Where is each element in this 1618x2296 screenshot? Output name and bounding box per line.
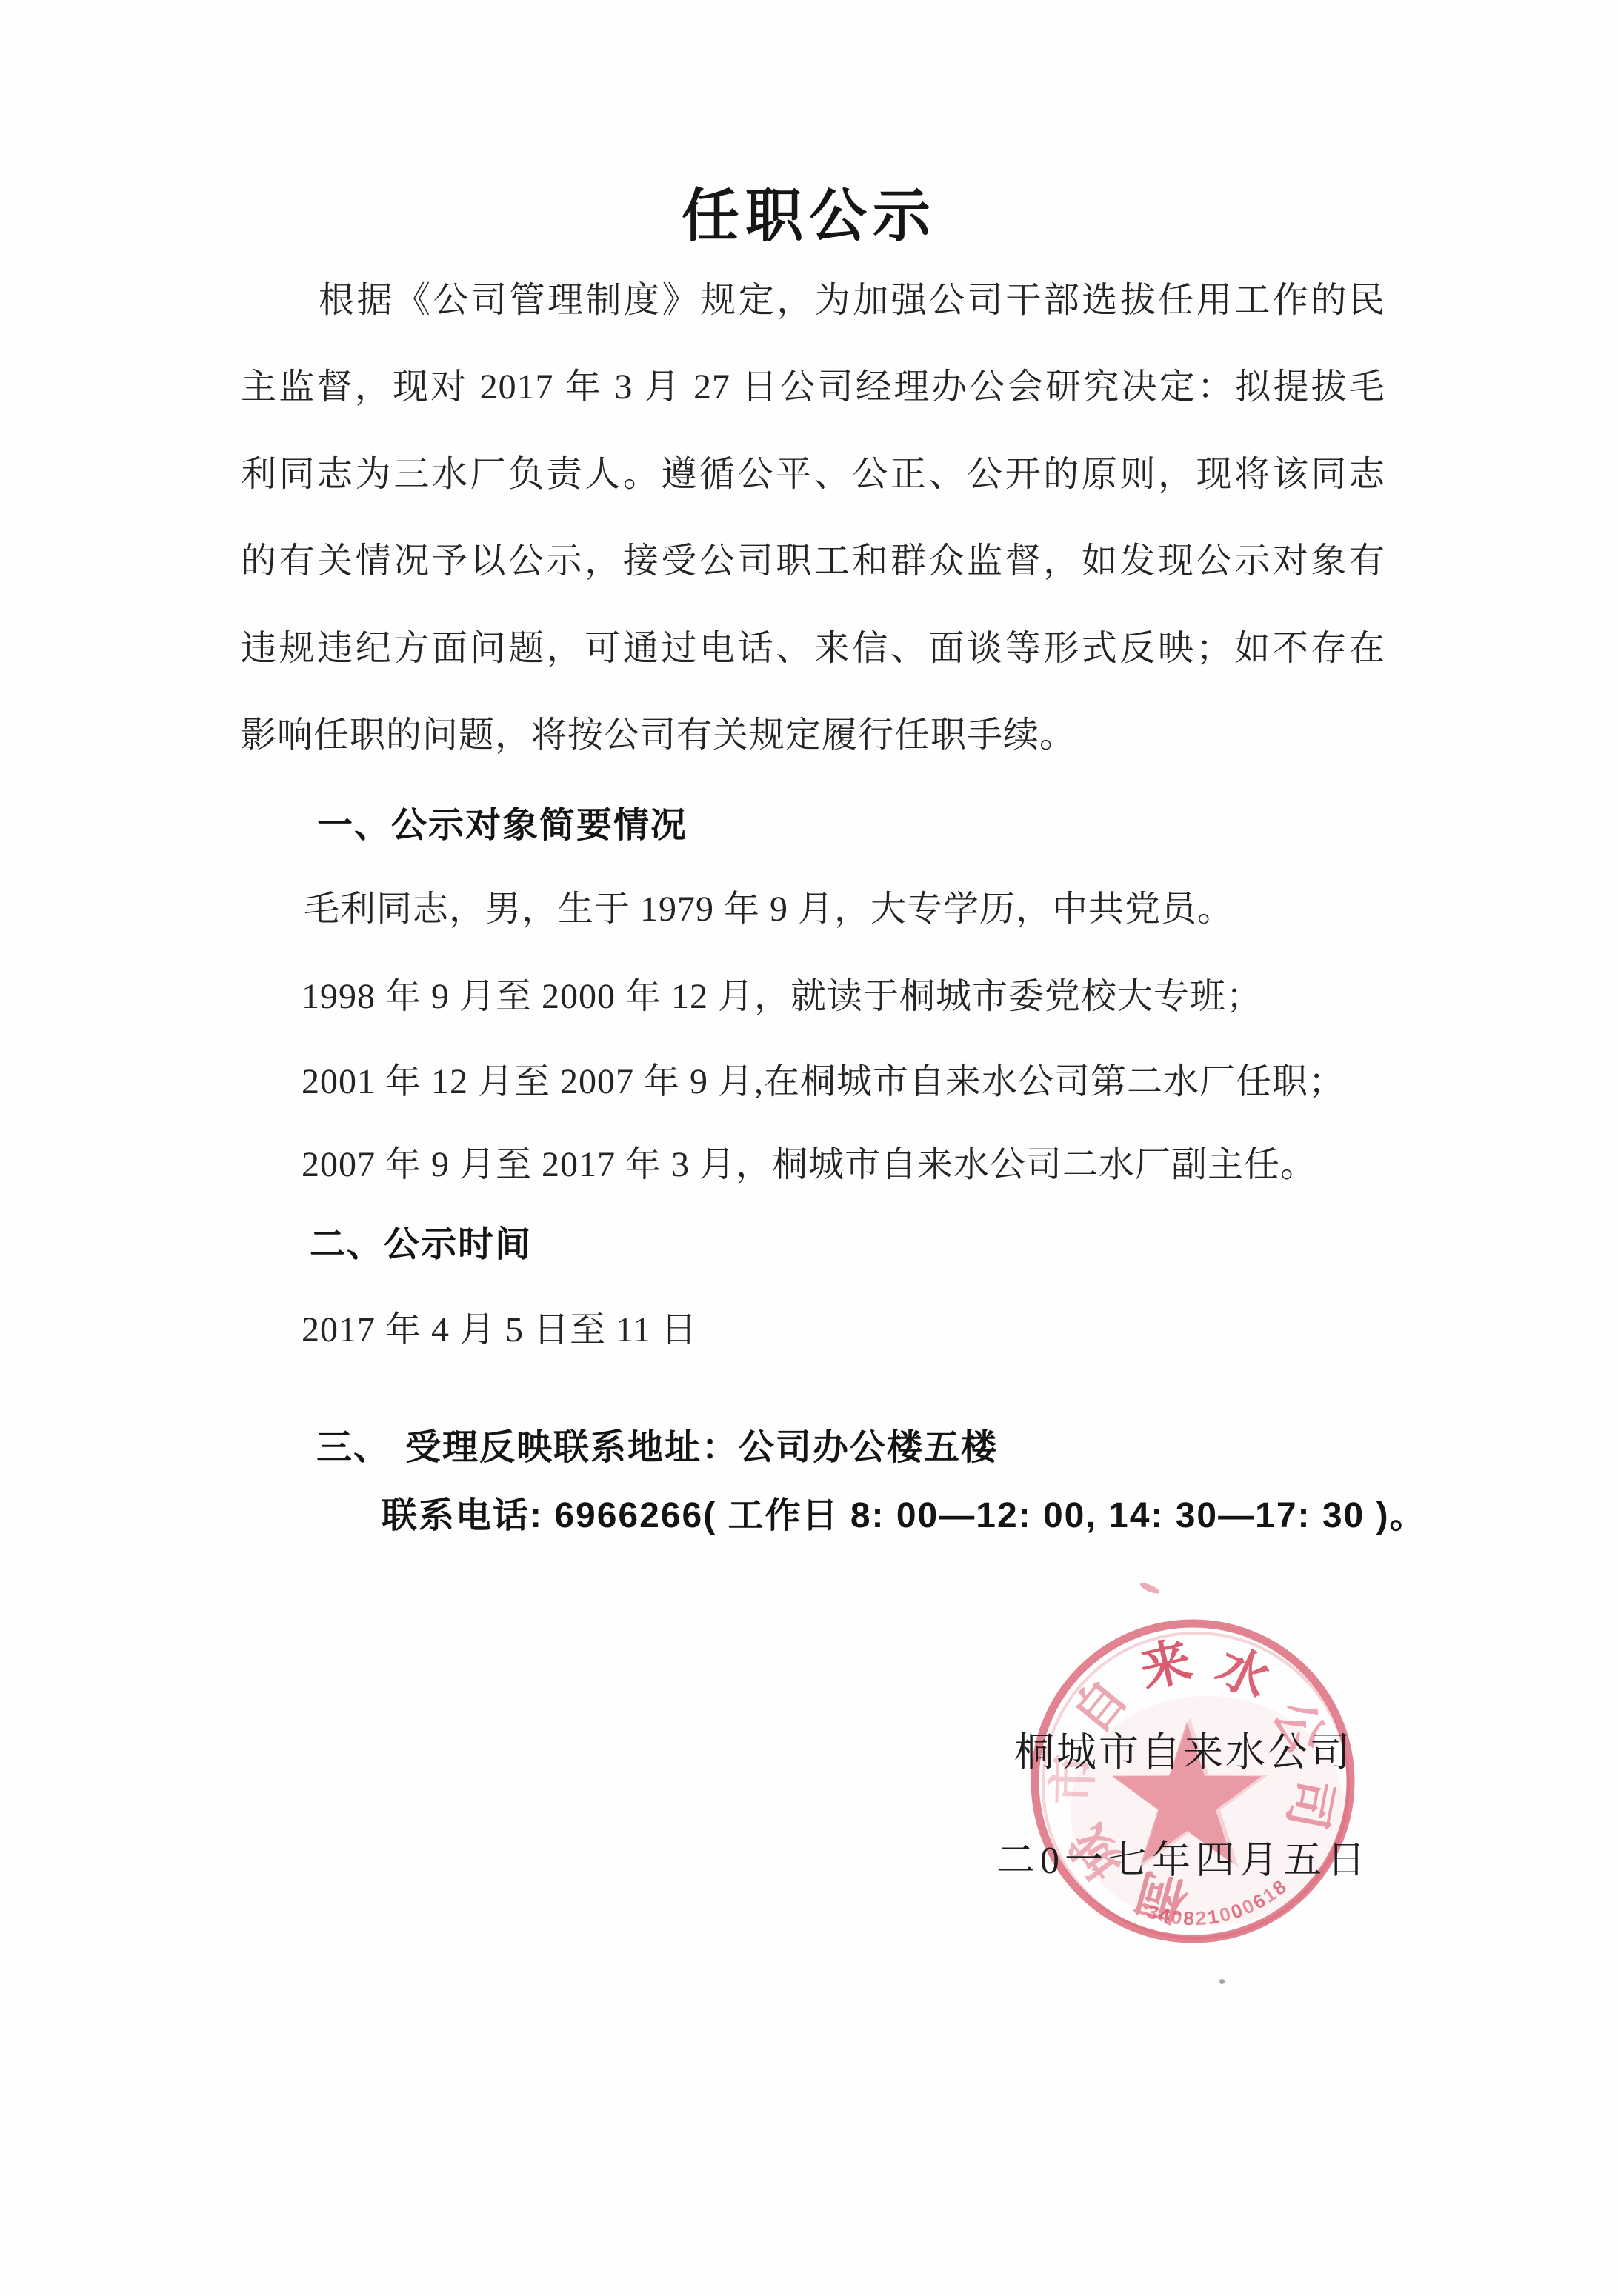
section1-item: 毛利同志，男，生于 1979 年 9 月，大专学历，中共党员。 — [304, 887, 1234, 932]
seal-code-digit: 8 — [1183, 1907, 1194, 1929]
page-title: 任职公示 — [0, 170, 1618, 253]
paragraph-line: 违规违纪方面问题，可通过电话、来信、面谈等形式反映；如不存在 — [241, 627, 1385, 671]
signature-company: 桐城市自来水公司 — [1006, 1729, 1360, 1776]
seal-ring-char: 司 — [1277, 1774, 1342, 1834]
seal-code-digit: 2 — [1195, 1906, 1207, 1929]
section1-item: 1998 年 9 月至 2000 年 12 月，就读于桐城市委党校大专班； — [302, 975, 1262, 1019]
paragraph-line: 的有关情况予以公示，接受公司职工和群众监督，如发现公示对象有 — [241, 539, 1385, 584]
seal-ring-char: 来 — [1135, 1632, 1196, 1698]
signature-date: 二0一七年四月五日 — [993, 1838, 1374, 1885]
section3-phone: 联系电话: 6966266( 工作日 8: 00—12: 00, 14: 30—… — [382, 1494, 1427, 1538]
section3-heading-text: 受理反映联系地址：公司办公楼五楼 — [405, 1428, 998, 1467]
section1-item: 2001 年 12 月至 2007 年 9 月,在桐城市自来水公司第二水厂任职； — [302, 1060, 1345, 1104]
ink-dot — [1219, 1979, 1225, 1984]
paragraph-line: 利同志为三水厂负责人。遵循公平、公正、公开的原则，现将该同志 — [241, 453, 1385, 497]
paragraph-line: 根据《公司管理制度》规定，为加强公司干部选拔任用工作的民 — [319, 278, 1385, 323]
section2-time: 2017 年 4 月 5 日至 11 日 — [302, 1308, 697, 1352]
section3-heading: 三、受理反映联系地址：公司办公楼五楼 — [316, 1426, 998, 1470]
company-seal-graphic: 桐城市自来水公司340821000618 — [1000, 1589, 1385, 1974]
paragraph-line: 主监督，现对 2017 年 3 月 27 日公司经理办公会研究决定：拟提拔毛 — [241, 365, 1385, 410]
section1-item: 2007 年 9 月至 2017 年 3 月，桐城市自来水公司二水厂副主任。 — [302, 1143, 1316, 1187]
section2-heading: 二、公示时间 — [310, 1223, 532, 1267]
company-seal: 桐城市自来水公司340821000618 — [1000, 1589, 1385, 1974]
seal-code-digit: 0 — [1170, 1906, 1183, 1929]
section1-heading: 一、公示对象简要情况 — [317, 804, 688, 848]
announcement-document: 任职公示 根据《公司管理制度》规定，为加强公司干部选拔任用工作的民 主监督，现对… — [0, 0, 1618, 2296]
section3-number: 三、 — [316, 1428, 390, 1467]
paragraph-line: 影响任职的问题，将按公司有关规定履行任职手续。 — [241, 713, 1076, 758]
